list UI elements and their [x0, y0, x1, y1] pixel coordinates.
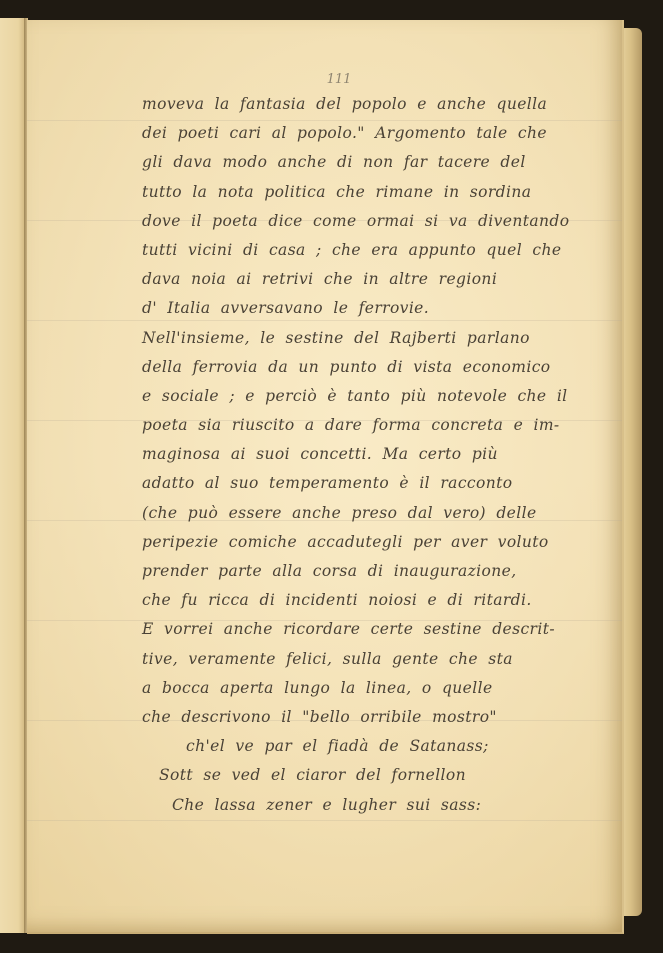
text-line: peripezie comiche accadutegli per aver v… — [142, 528, 632, 557]
verse-line: Sott se ved el ciaror del fornellon — [142, 761, 632, 790]
text-line: maginosa ai suoi concetti. Ma certo più — [142, 440, 632, 469]
text-line: a bocca aperta lungo la linea, o quelle — [142, 674, 632, 703]
text-line: della ferrovia da un punto di vista econ… — [142, 353, 632, 382]
verse-line: Che lassa zener e lugher sui sass: — [142, 791, 632, 820]
text-line: dove il poeta dice come ormai si va dive… — [142, 207, 632, 236]
text-line: poeta sia riuscito a dare forma concreta… — [142, 411, 632, 440]
ruled-line — [27, 820, 622, 821]
scanned-manuscript: 111 moveva la fantasia del popolo e anch… — [0, 0, 663, 953]
text-line: Nell'insieme, le sestine del Rajberti pa… — [142, 324, 632, 353]
text-line: tive, veramente felici, sulla gente che … — [142, 645, 632, 674]
text-line: che descrivono il "bello orribile mostro… — [142, 703, 632, 732]
text-line: d' Italia avversavano le ferrovie. — [142, 294, 632, 323]
text-line: tutto la nota politica che rimane in sor… — [142, 178, 632, 207]
text-line: dava noia ai retrivi che in altre region… — [142, 265, 632, 294]
text-line: tutti vicini di casa ; che era appunto q… — [142, 236, 632, 265]
text-line: moveva la fantasia del popolo e anche qu… — [142, 90, 632, 119]
text-line: gli dava modo anche di non far tacere de… — [142, 148, 632, 177]
text-line: (che può essere anche preso dal vero) de… — [142, 499, 632, 528]
page-number: 111 — [309, 72, 369, 87]
text-line: che fu ricca di incidenti noiosi e di ri… — [142, 586, 632, 615]
text-line: e sociale ; e perciò è tanto più notevol… — [142, 382, 632, 411]
facing-page-edge — [0, 18, 26, 933]
text-line: prender parte alla corsa di inaugurazion… — [142, 557, 632, 586]
verse-line: ch'el ve par el fiadà de Satanass; — [142, 732, 632, 761]
handwritten-text: moveva la fantasia del popolo e anche qu… — [142, 90, 632, 820]
text-line: adatto al suo temperamento è il racconto — [142, 469, 632, 498]
text-line: dei poeti cari al popolo." Argomento tal… — [142, 119, 632, 148]
text-line: E vorrei anche ricordare certe sestine d… — [142, 615, 632, 644]
